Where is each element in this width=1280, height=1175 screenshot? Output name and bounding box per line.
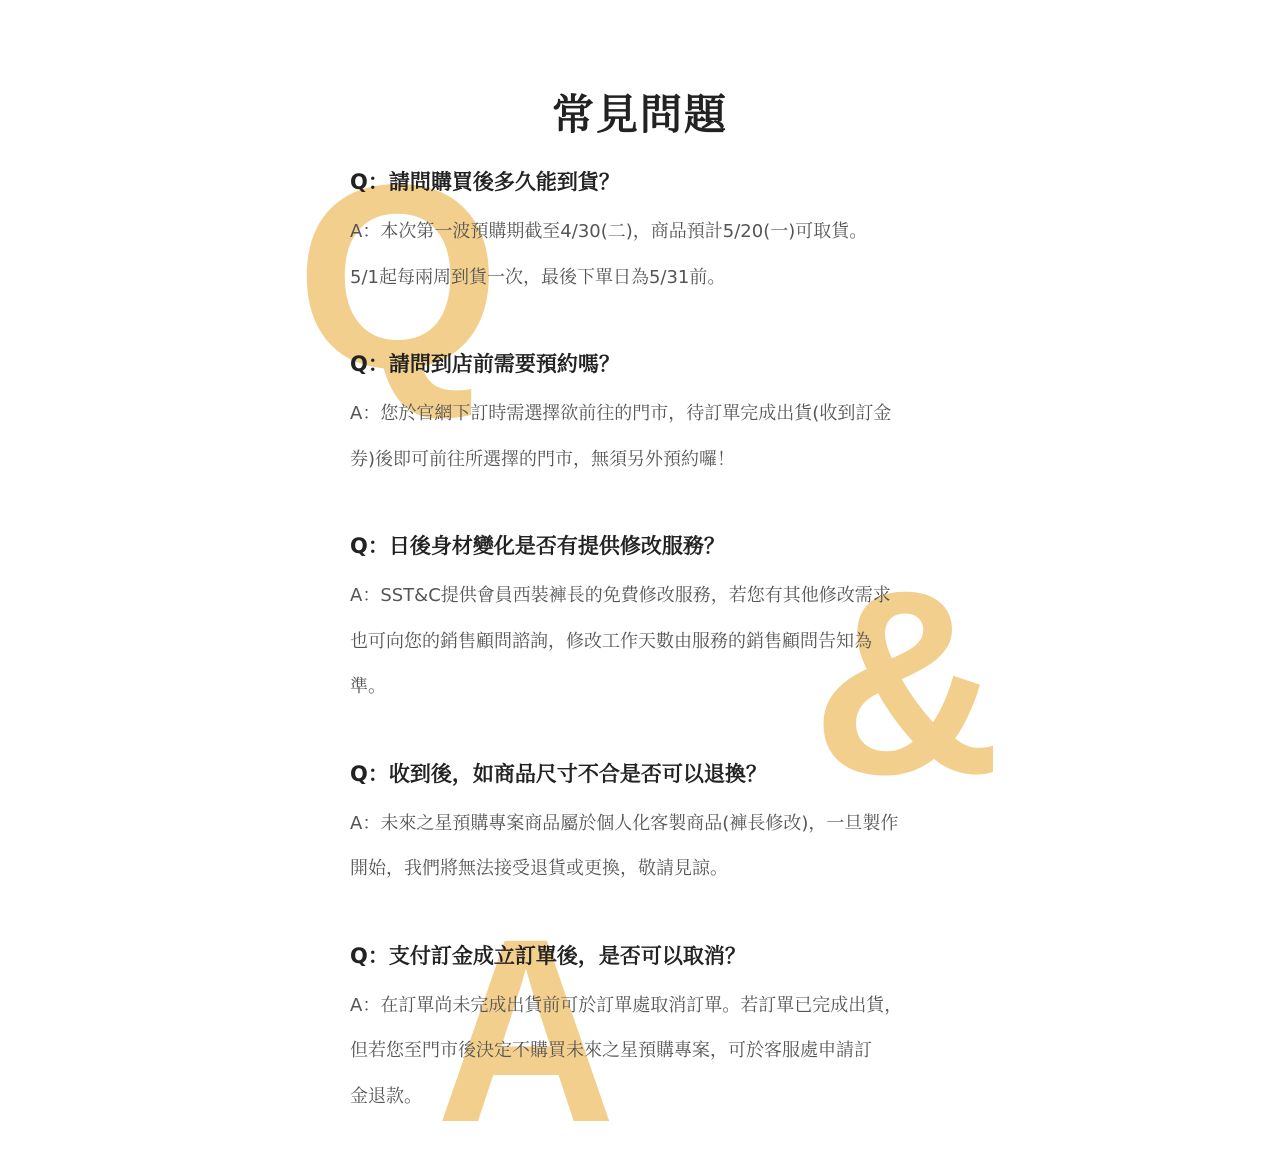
faq-question: Q：請問購買後多久能到貨？ <box>350 163 950 201</box>
faq-item: Q：收到後，如商品尺寸不合是否可以退換？ A：未來之星預購專案商品屬於個人化客製… <box>350 755 950 892</box>
faq-list: Q：請問購買後多久能到貨？ A：本次第一波預購期截至4/30(二)，商品預計5/… <box>350 163 950 1164</box>
faq-answer: A：未來之星預購專案商品屬於個人化客製商品(褲長修改)，一旦製作 開始，我們將無… <box>350 801 950 892</box>
faq-answer-line: 但若您至門市後決定不購買未來之星預購專案，可於客服處申請訂 <box>350 1028 950 1074</box>
faq-answer-line: A：本次第一波預購期截至4/30(二)，商品預計5/20(一)可取貨。 <box>350 209 950 255</box>
faq-answer-line: 也可向您的銷售顧問諮詢，修改工作天數由服務的銷售顧問告知為 <box>350 619 950 665</box>
faq-answer-line: A：您於官網下訂時需選擇欲前往的門市，待訂單完成出貨(收到訂金 <box>350 391 950 437</box>
faq-answer-line: 開始，我們將無法接受退貨或更換，敬請見諒。 <box>350 846 950 892</box>
faq-answer: A：您於官網下訂時需選擇欲前往的門市，待訂單完成出貨(收到訂金 券)後即可前往所… <box>350 391 950 482</box>
faq-question: Q：支付訂金成立訂單後，是否可以取消？ <box>350 937 950 975</box>
faq-item: Q：日後身材變化是否有提供修改服務？ A：SST&C提供會員西裝褲長的免費修改服… <box>350 527 950 710</box>
faq-item: Q：請問購買後多久能到貨？ A：本次第一波預購期截至4/30(二)，商品預計5/… <box>350 163 950 300</box>
faq-answer: A：SST&C提供會員西裝褲長的免費修改服務，若您有其他修改需求 也可向您的銷售… <box>350 573 950 710</box>
faq-answer-line: A：SST&C提供會員西裝褲長的免費修改服務，若您有其他修改需求 <box>350 573 950 619</box>
faq-answer: A：在訂單尚未完成出貨前可於訂單處取消訂單。若訂單已完成出貨， 但若您至門市後決… <box>350 983 950 1120</box>
faq-answer-line: A：在訂單尚未完成出貨前可於訂單處取消訂單。若訂單已完成出貨， <box>350 983 950 1029</box>
faq-answer-line: 券)後即可前往所選擇的門市，無須另外預約囉！ <box>350 437 950 483</box>
faq-item: Q：支付訂金成立訂單後，是否可以取消？ A：在訂單尚未完成出貨前可於訂單處取消訂… <box>350 937 950 1120</box>
faq-answer-line: 準。 <box>350 664 950 710</box>
faq-answer-line: 5/1起每兩周到貨一次，最後下單日為5/31前。 <box>350 255 950 301</box>
faq-answer-line: A：未來之星預購專案商品屬於個人化客製商品(褲長修改)，一旦製作 <box>350 801 950 847</box>
faq-question: Q：請問到店前需要預約嗎？ <box>350 345 950 383</box>
page-title: 常見問題 <box>0 86 1280 144</box>
faq-answer-line: 金退款。 <box>350 1074 950 1120</box>
faq-question: Q：日後身材變化是否有提供修改服務？ <box>350 527 950 565</box>
faq-item: Q：請問到店前需要預約嗎？ A：您於官網下訂時需選擇欲前往的門市，待訂單完成出貨… <box>350 345 950 482</box>
faq-answer: A：本次第一波預購期截至4/30(二)，商品預計5/20(一)可取貨。 5/1起… <box>350 209 950 300</box>
faq-question: Q：收到後，如商品尺寸不合是否可以退換？ <box>350 755 950 793</box>
